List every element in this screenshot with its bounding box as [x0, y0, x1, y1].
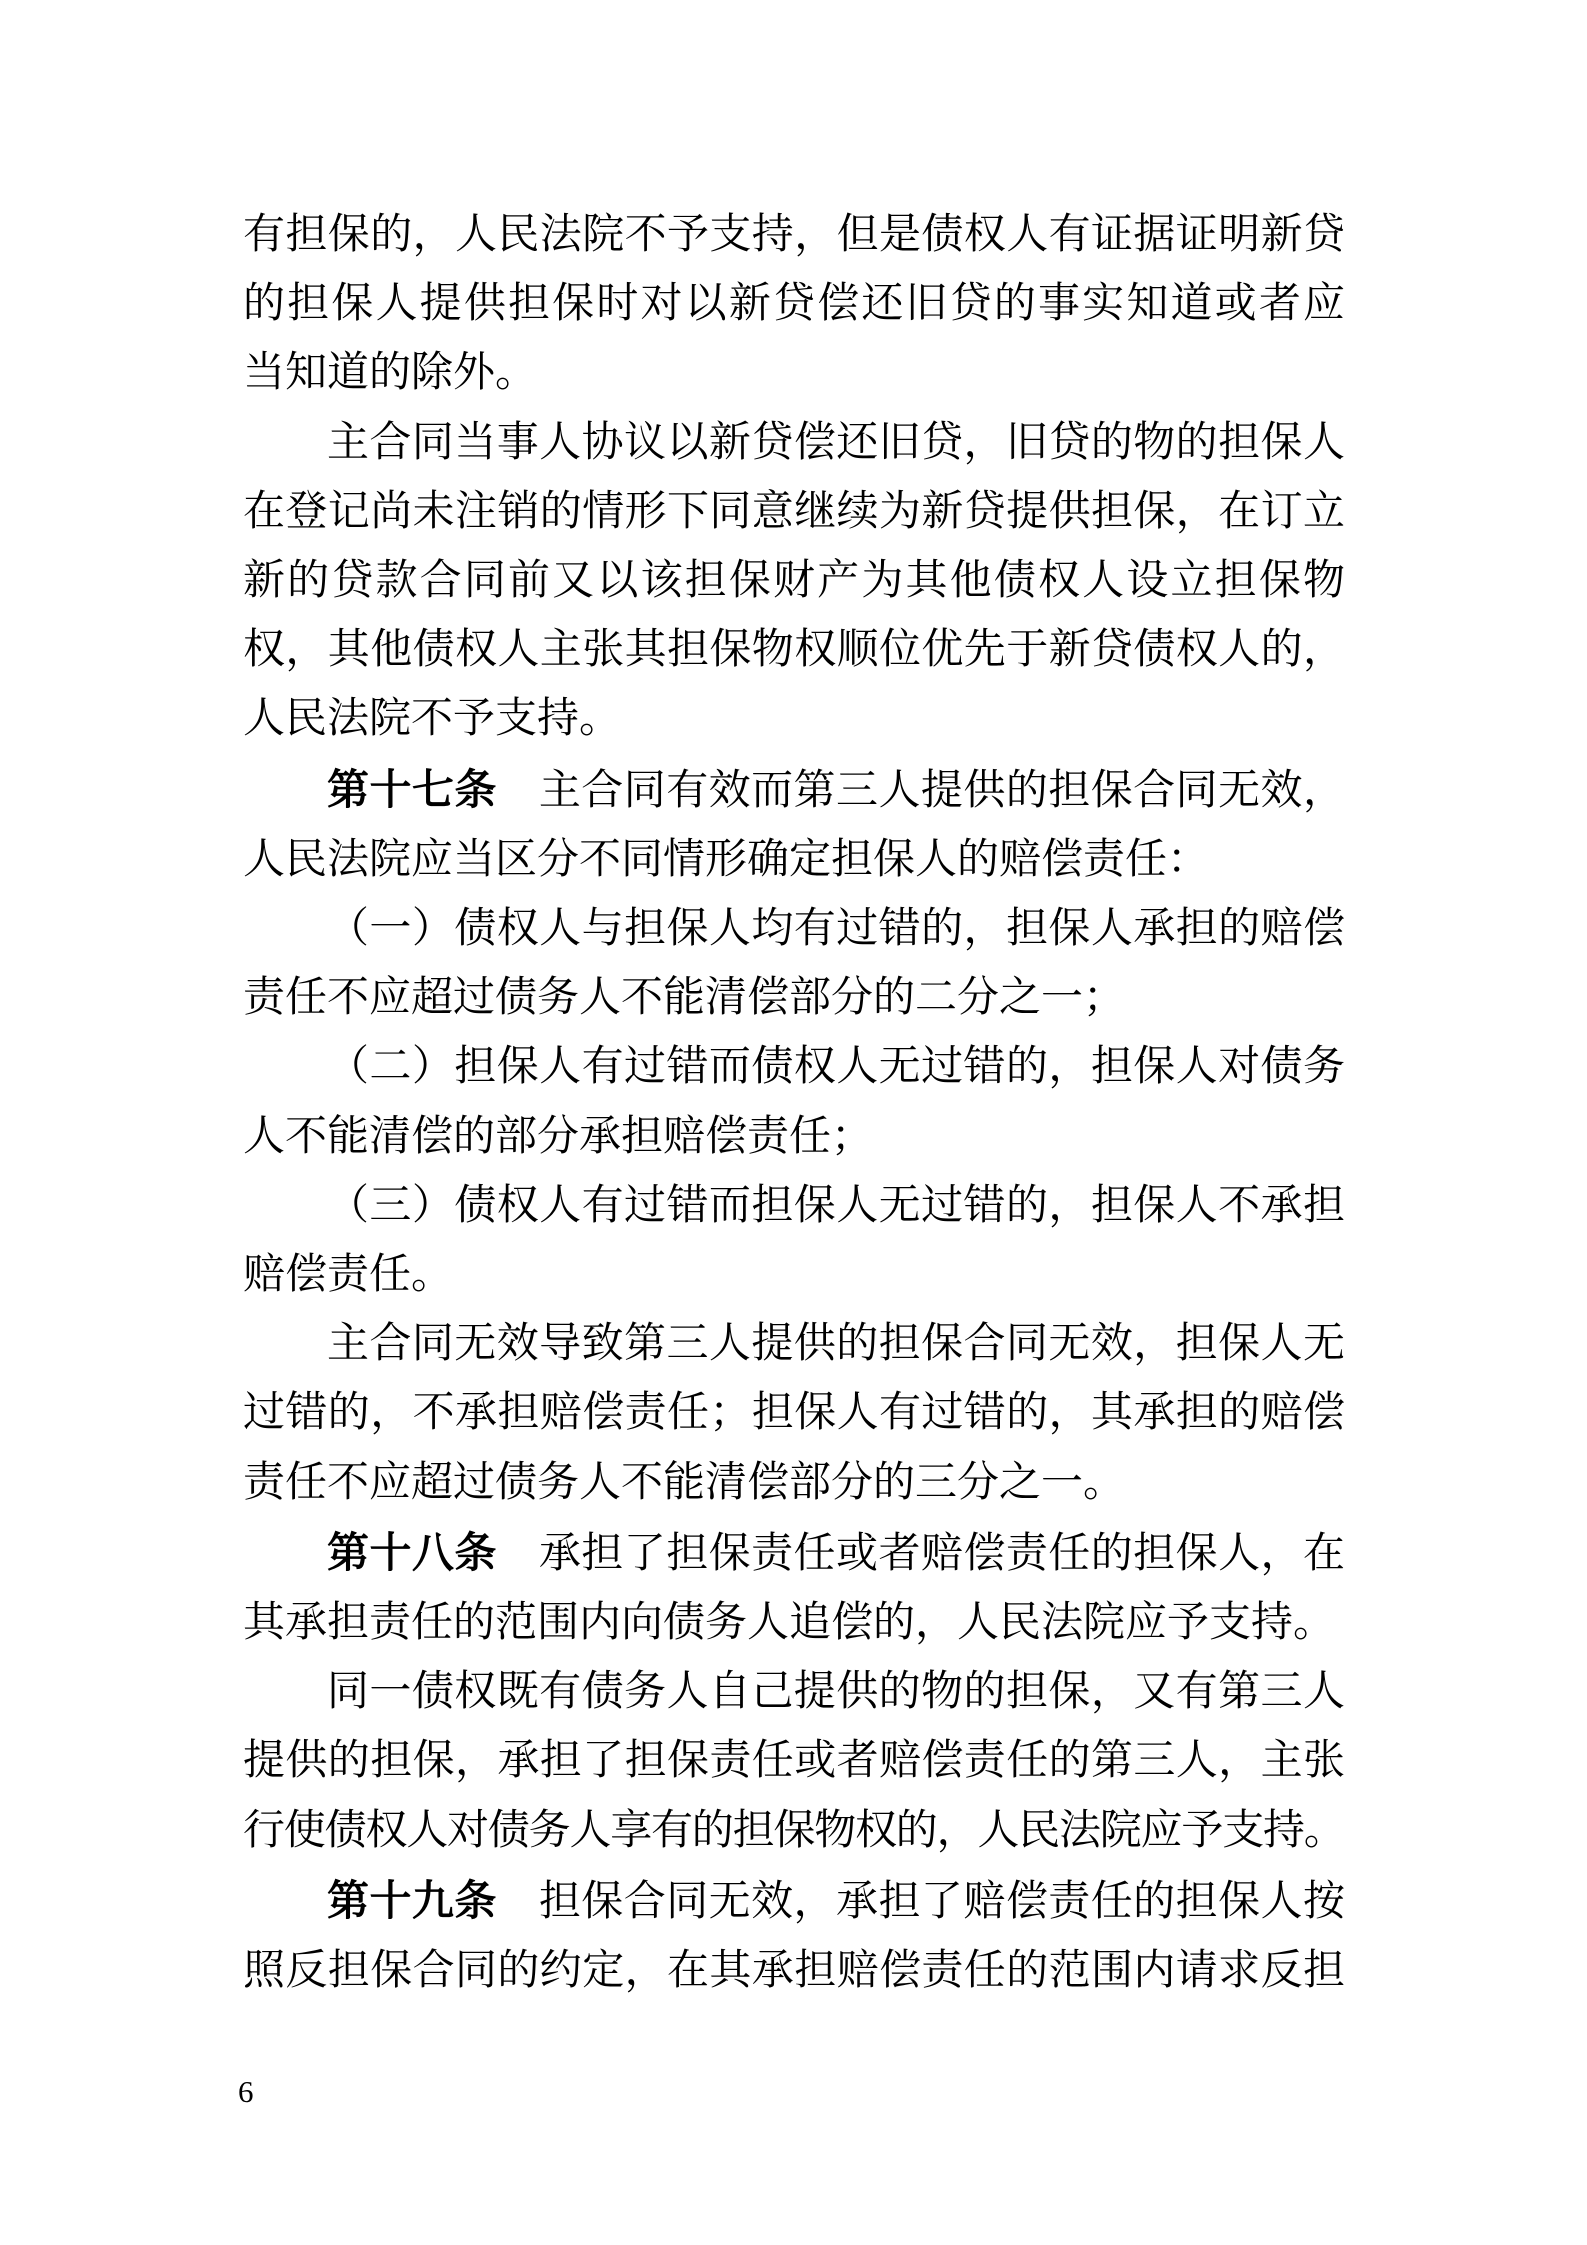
text-line-17: 主合同无效导致第三人提供的担保合同无效，担保人无: [243, 1310, 1345, 1379]
text-line-16: 赔偿责任。: [243, 1241, 1345, 1310]
article-17-label: 第十七条: [327, 766, 497, 813]
text-line-15: （三）债权人有过错而担保人无过错的，担保人不承担: [243, 1172, 1345, 1241]
text-line-26: 照反担保合同的约定，在其承担赔偿责任的范围内请求反担: [243, 1937, 1345, 2006]
text-line-21: 其承担责任的范围内向债务人追偿的，人民法院应予支持。: [243, 1589, 1345, 1658]
text-line-7: 权，其他债权人主张其担保物权顺位优先于新贷债权人的，: [243, 616, 1345, 685]
text-line-25: 第十九条担保合同无效，承担了赔偿责任的担保人按: [243, 1866, 1345, 1937]
text-line-13: （二）担保人有过错而债权人无过错的，担保人对债务: [243, 1033, 1345, 1102]
text-line-24: 行使债权人对债务人享有的担保物权的，人民法院应予支持。: [243, 1797, 1345, 1866]
document-page: 有担保的，人民法院不予支持，但是债权人有证据证明新贷 的担保人提供担保时对以新贷…: [0, 0, 1587, 2245]
article-18-lead-text: 承担了担保责任或者赔偿责任的担保人，在: [539, 1531, 1345, 1577]
text-line-20: 第十八条承担了担保责任或者赔偿责任的担保人，在: [243, 1518, 1345, 1589]
text-line-11: （一）债权人与担保人均有过错的，担保人承担的赔偿: [243, 895, 1345, 964]
text-line-9: 第十七条主合同有效而第三人提供的担保合同无效，: [243, 755, 1345, 826]
text-line-12: 责任不应超过债务人不能清偿部分的二分之一；: [243, 964, 1345, 1033]
article-17-lead-text: 主合同有效而第三人提供的担保合同无效，: [539, 768, 1345, 814]
text-line-14: 人不能清偿的部分承担赔偿责任；: [243, 1103, 1345, 1172]
text-line-5: 在登记尚未注销的情形下同意继续为新贷提供担保，在订立: [243, 478, 1345, 547]
text-line-4: 主合同当事人协议以新贷偿还旧贷，旧贷的物的担保人: [243, 409, 1345, 478]
text-block: 有担保的，人民法院不予支持，但是债权人有证据证明新贷 的担保人提供担保时对以新贷…: [243, 201, 1345, 2006]
text-line-18: 过错的，不承担赔偿责任；担保人有过错的，其承担的赔偿: [243, 1379, 1345, 1448]
text-line-3: 当知道的除外。: [243, 339, 1345, 408]
text-line-19: 责任不应超过债务人不能清偿部分的三分之一。: [243, 1449, 1345, 1518]
article-19-label: 第十九条: [327, 1877, 497, 1924]
page-number: 6: [238, 2072, 254, 2112]
text-line-6: 新的贷款合同前又以该担保财产为其他债权人设立担保物: [243, 547, 1345, 616]
article-18-label: 第十八条: [327, 1529, 497, 1576]
text-line-10: 人民法院应当区分不同情形确定担保人的赔偿责任：: [243, 826, 1345, 895]
article-19-lead-text: 担保合同无效，承担了赔偿责任的担保人按: [539, 1879, 1345, 1925]
text-line-23: 提供的担保，承担了担保责任或者赔偿责任的第三人，主张: [243, 1727, 1345, 1796]
text-line-22: 同一债权既有债务人自己提供的物的担保，又有第三人: [243, 1658, 1345, 1727]
text-line-2: 的担保人提供担保时对以新贷偿还旧贷的事实知道或者应: [243, 270, 1345, 339]
text-line-8: 人民法院不予支持。: [243, 685, 1345, 754]
text-line-1: 有担保的，人民法院不予支持，但是债权人有证据证明新贷: [243, 201, 1345, 270]
